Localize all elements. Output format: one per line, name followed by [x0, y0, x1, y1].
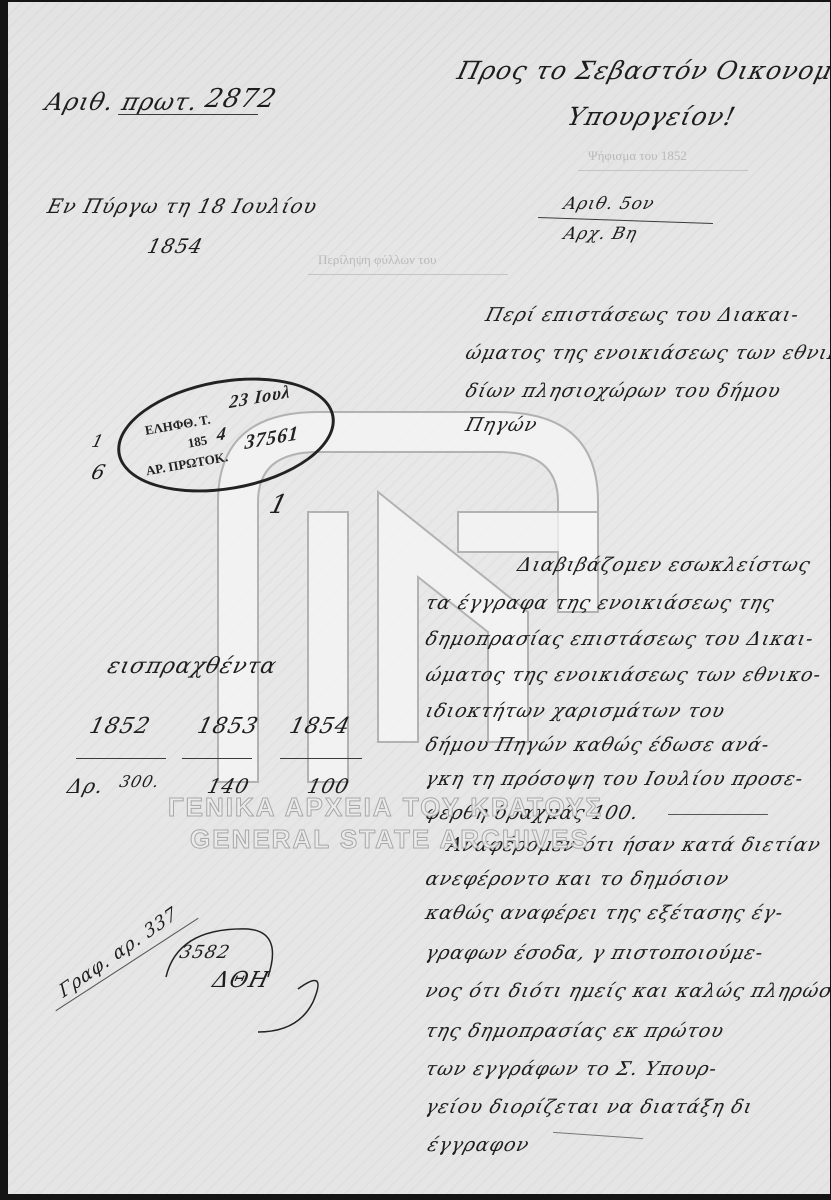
protocol-number: 2872 [202, 84, 280, 114]
body-line: καθώς αναφέρει της εξέτασης έγ- [423, 902, 786, 924]
body-line: της δημοπρασίας εκ πρώτου [423, 1020, 726, 1042]
closing-dash [553, 1132, 643, 1139]
reference-divider [538, 217, 713, 224]
receipts-rule [280, 758, 362, 759]
body-line: έγγραφον [425, 1134, 532, 1156]
ghost-printed-text: Ψήφισμα του 1852 [588, 148, 687, 164]
document-page: Ψήφισμα του 1852 Περίληψη φύλλων του Αρι… [8, 2, 830, 1194]
stamp-handwritten-year: 4 [216, 423, 227, 446]
body-line: Διαβιβάζομεν εσωκλείστως [515, 554, 813, 576]
margin-note-top: 1 [90, 432, 107, 452]
body-line: τα έγγραφα της ενοικιάσεως της [423, 592, 777, 614]
receipts-year: 1853 [195, 714, 261, 739]
receipts-year: 1852 [87, 714, 153, 739]
body-line: ιδιοκτήτων χαρισμάτων του [423, 700, 727, 722]
body-line: γείου διορίζεται να διατάξη δι [423, 1096, 755, 1118]
body-line: των εγγράφων το Σ. Υπουρ- [423, 1058, 719, 1080]
receipts-year: 1854 [287, 714, 353, 739]
receipts-currency: Δρ. [65, 774, 107, 798]
receipts-label: εισπραχθέντα [105, 654, 280, 679]
line-end-dash [668, 814, 768, 815]
margin-note-bottom: 6 [89, 460, 109, 484]
signature-flourish [158, 907, 358, 1037]
stamp-handwritten-day: 23 Ιουλ [229, 381, 292, 413]
protocol-underline [118, 114, 258, 115]
stamp-line-3: ΑΡ. ΠΡΩΤΟΚ. [145, 449, 230, 479]
receipts-rule [182, 758, 252, 759]
protocol-number-label: Αριθ. πρωτ. [43, 88, 202, 116]
receipts-amount: 300. [118, 772, 162, 791]
subject-line: Πηγών [463, 414, 540, 436]
reference-bottom: Αρχ. Βη [562, 224, 640, 244]
body-line: ώματος της ενοικιάσεως των εθνικο- [423, 664, 824, 686]
stamp-handwritten-number: 37561 [244, 422, 300, 455]
ghost-rule [308, 274, 508, 275]
body-line: δήμου Πηγών καθώς έδωσε ανά- [423, 734, 772, 756]
watermark-english: GENERAL STATE ARCHIVES [190, 824, 590, 855]
subject-line: ώματος της ενοικιάσεως των εθνικοι- [463, 342, 830, 364]
ghost-printed-text: Περίληψη φύλλων του [318, 252, 436, 268]
addressee-line-2: Υπουργείον! [564, 102, 739, 131]
ghost-rule [578, 170, 748, 171]
addressee-line-1: Προς το Σεβαστόν Οικονομίας [454, 56, 830, 85]
stamp-line-2: 185 [187, 432, 209, 451]
subject-line: Περί επιστάσεως του Διακαι- [483, 304, 801, 326]
place-date: Εν Πύργω τη 18 Ιουλίου [45, 194, 320, 218]
body-line: γκη τη πρόσοψη του Ιουλίου προσε- [423, 768, 806, 790]
body-line: ανεφέροντο και το δημόσιον [423, 868, 732, 890]
subject-line: δίων πλησιοχώρων του δήμου [463, 380, 783, 402]
reference-top: Αριθ. 5ον [562, 194, 657, 214]
body-line: γραφων έσοδα, γ πιστοποιούμε- [423, 942, 766, 964]
receipts-rule [76, 758, 166, 759]
watermark-greek: ΓΕΝΙΚΑ ΑΡΧΕΙΑ ΤΟΥ ΚΡΑΤΟΥΣ [168, 792, 603, 823]
date-year: 1854 [145, 234, 206, 258]
body-line: δημοπρασίας επιστάσεως του Δικαι- [423, 628, 816, 650]
body-line: νος ότι διότι ημείς και καλώς πληρώσει [423, 980, 830, 1002]
